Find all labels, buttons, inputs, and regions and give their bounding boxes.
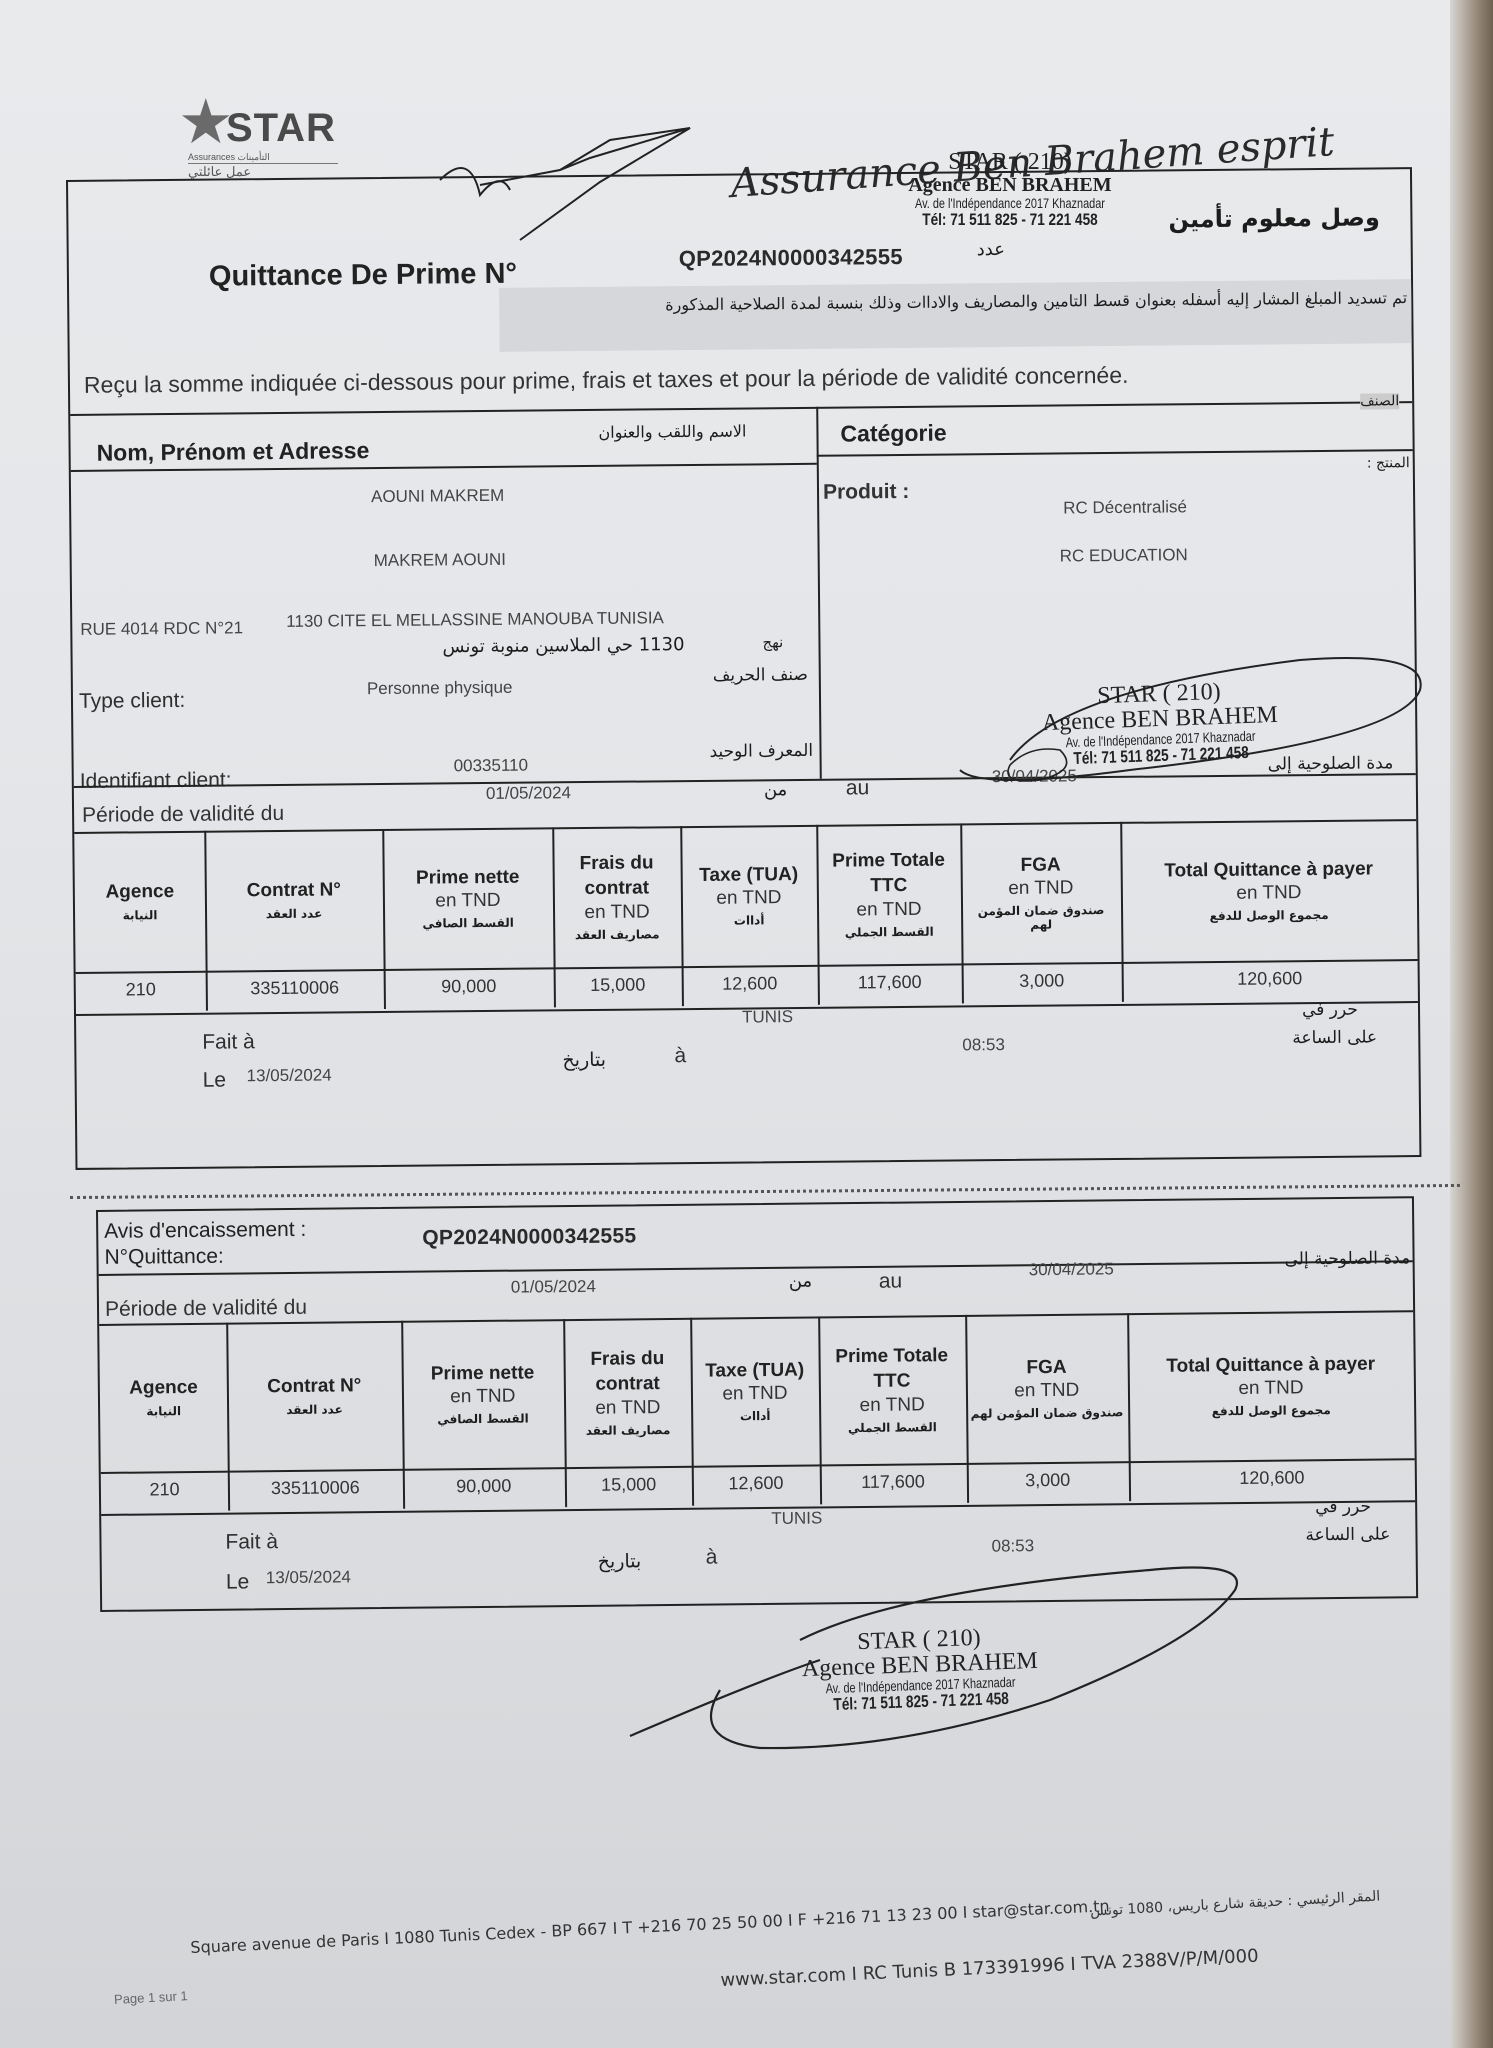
header-label: Agence [105,880,174,905]
product-type: RC Décentralisé [1063,497,1187,518]
column-header: Taxe (TUA)en TNDأداات [691,1316,820,1465]
header-unit: en TND [722,1383,787,1406]
time-value: 08:53 [962,1035,1005,1055]
avis-validity-from-label-ar: من [789,1271,813,1292]
header-label-ar: مجموع الوصل للدفع [1212,1403,1331,1418]
header-label-ar: عدد العقد [266,907,323,922]
header-label: Taxe (TUA) [705,1358,804,1384]
avis-time-value: 08:53 [991,1536,1034,1556]
header-label: Prime Totale TTC [822,1344,961,1395]
table-cell-taxe: 12,600 [692,1472,819,1494]
desk-background [1450,0,1493,2048]
avis-validity-to-date: 30/04/2025 [1029,1259,1114,1280]
agency-stamp-bottom: STAR ( 210) Agence BEN BRAHEM Av. de l'I… [759,1622,1082,1716]
table-cell-agence: 210 [101,1479,228,1501]
header-label-ar: أداات [740,1409,771,1423]
column-header: Total Quittance à payeren TNDمجموع الوصل… [1127,1310,1414,1461]
client-id-value: 00335110 [454,756,529,777]
column-header: FGAen TNDصندوق ضمان المؤمن لهم [960,822,1121,964]
header-label-ar: صندوق ضمان المؤمن لهم [971,1406,1124,1422]
avis-date-value: 13/05/2024 [266,1567,351,1588]
avis-written-label-ar: حرر في [1315,1497,1371,1518]
divider [70,401,1412,416]
table-cell-total: 120,600 [1122,967,1418,991]
time-label-ar: على الساعة [1292,1027,1377,1048]
header-unit: en TND [584,901,649,924]
avis-number-label: N°Quittance: [104,1245,224,1270]
column-header: Agenceالنيابة [99,1323,228,1472]
client-address-ar-prefix: نهج [762,633,783,651]
divider [817,449,1413,457]
client-address-ar: 1130 حي الملاسين منوبة تونس [442,634,684,657]
header-label: FGA [1020,853,1060,878]
header-unit: en TND [450,1386,515,1409]
avis-le-label: Le [226,1570,250,1594]
header-unit: en TND [1008,878,1073,901]
header-label: Contrat N° [247,878,341,904]
header-label-ar: مصاريف العقد [586,1423,671,1438]
column-header: Frais du contraten TNDمصاريف العقد [563,1318,692,1467]
client-type-label-ar: صنف الحريف [713,665,808,686]
table-cell-prime_totale: 117,600 [818,971,962,993]
category-label-ar: الصنف [1360,393,1399,409]
product-name: RC EDUCATION [1060,545,1188,566]
header-unit: en TND [1238,1378,1303,1401]
divider [816,407,822,779]
column-header: Taxe (TUA)en TNDأداات [680,825,817,966]
category-label: Catégorie [840,420,946,448]
divider [74,773,1416,788]
avis-validity-from-date: 01/05/2024 [511,1277,596,1298]
header-label-ar: القسط الصافي [437,1412,529,1427]
avis-time-label-ar: على الساعة [1305,1524,1390,1545]
statement: Reçu la somme indiquée ci-dessous pour p… [84,362,1129,399]
header-label: FGA [1026,1356,1066,1381]
client-address-street: RUE 4014 RDC N°21 [80,618,243,640]
avis-frame: Avis d'encaissement : N°Quittance: QP202… [96,1196,1418,1612]
header-label: Agence [129,1376,198,1401]
avis-date-label-ar: بتاريخ [598,1550,642,1572]
date-label-ar: بتاريخ [562,1049,606,1071]
header-label-ar: صندوق ضمان المؤمن لهم [965,903,1117,932]
column-header: Prime Totale TTCen TNDالقسط الجملي [818,1315,966,1465]
header-label: Contrat N° [267,1374,361,1400]
agency-stamp-center: STAR ( 210) Agence BEN BRAHEM Av. de l'I… [999,676,1322,770]
header-unit: en TND [595,1397,660,1420]
header-label: Frais du contrat [568,1347,688,1398]
table-cell-contrat: 335110006 [228,1477,402,1500]
page-title: Quittance De Prime N° [209,258,517,294]
validity-from-label: Période de validité du [82,802,284,828]
header-unit: en TND [435,890,500,913]
client-id-label: Identifiant client: [80,768,232,793]
header-label: Total Quittance à payer [1166,1352,1375,1379]
avis-validity-to-label-ar: مدة الصلوحية إلى [1284,1248,1410,1269]
divider [99,1260,1413,1276]
table-cell-prime_nette: 90,000 [402,1475,565,1498]
table-cell-total: 120,600 [1129,1466,1415,1490]
avis-place-value: TUNIS [771,1508,822,1529]
client-id-label-ar: المعرف الوحيد [709,741,813,762]
header-label-ar: مصاريف العقد [575,927,660,942]
header-label-ar: القسط الصافي [422,916,514,931]
column-header: Agenceالنيابة [74,831,205,972]
header-label-ar: النيابة [123,909,158,923]
validity-from-label-ar: من [764,779,788,800]
column-header: Prime netteen TNDالقسط الصافي [382,827,553,969]
header-label: Frais du contrat [556,851,676,902]
table-cell-prime_nette: 90,000 [384,975,554,998]
header-label-ar: النيابة [146,1404,181,1418]
header-label-ar: القسط الجملي [848,1420,937,1435]
client-name: AOUNI MAKREM [371,486,504,507]
header-label-ar: مجموع الوصل للدفع [1210,908,1329,923]
logo-brand: STAR [226,106,336,151]
place-value: TUNIS [742,1007,793,1027]
fait-label: Fait à [202,1030,255,1055]
client-section-label: Nom, Prénom et Adresse [96,437,369,467]
client-address-city: 1130 CITE EL MELLASSINE MANOUBA TUNISIA [286,608,664,632]
avis-number: QP2024N0000342555 [422,1224,636,1250]
header-label: Total Quittance à payer [1164,857,1373,884]
quittance-frame: Quittance De Prime N° QP2024N0000342555 … [66,167,1421,1170]
column-header: Prime Totale TTCen TNDالقسط الجملي [816,823,961,964]
product-label: Produit : [823,480,910,505]
quittance-number: QP2024N0000342555 [679,244,903,272]
table-cell-frais: 15,000 [565,1474,692,1496]
validity-from-date: 01/05/2024 [486,783,571,804]
client-section-label-ar: الاسم واللقب والعنوان [598,421,746,441]
header-label: Prime nette [431,1361,535,1387]
premium-table: Agenceالنيابة210Contrat N°عدد العقد33511… [74,819,1418,1012]
header-label-ar: عدد العقد [286,1403,343,1418]
client-type-label: Type client: [79,689,185,714]
product-label-ar: المنتج : [1367,455,1410,471]
arabic-number-label: عدد [977,239,1005,260]
date-value: 13/05/2024 [247,1065,332,1086]
written-label-ar: حرر في [1302,1000,1358,1021]
header-unit: en TND [860,1394,925,1417]
column-header: Frais du contraten TNDمصاريف العقد [552,826,681,967]
column-header: Contrat N°عدد العقد [226,1321,402,1471]
avis-validity-from-label: Période de validité du [105,1296,307,1322]
table-cell-agence: 210 [76,979,206,1001]
header-unit: en TND [716,888,781,911]
header-label-ar: أداات [734,914,765,928]
header-label: Taxe (TUA) [699,863,798,889]
table-cell-contrat: 335110006 [206,977,384,1000]
avis-fait-label: Fait à [225,1530,278,1555]
header-label: Prime Totale TTC [820,849,956,900]
header-unit: en TND [1236,883,1301,906]
header-unit: en TND [1014,1380,1079,1403]
table-cell-fga: 3,000 [966,1469,1129,1492]
header-label: Prime nette [416,865,520,891]
avis-a-label: à [706,1546,718,1570]
a-label: à [674,1044,686,1068]
header-unit: en TND [856,899,921,922]
column-header: Prime netteen TNDالقسط الصافي [401,1319,565,1469]
table-cell-frais: 15,000 [554,974,682,996]
star-logo: ★ STAR Assurances التأمينات عمل عائلتي [178,92,348,182]
arabic-title: وصل معلوم تأمين [1168,203,1380,233]
header-label-ar: القسط الجملي [845,924,934,939]
avis-validity-to-label: au [879,1270,903,1294]
table-cell-fga: 3,000 [962,970,1122,993]
column-header: Contrat N°عدد العقد [204,829,383,971]
validity-to-label: au [846,776,870,800]
avis-premium-table: Agenceالنيابة210Contrat N°عدد العقد33511… [99,1310,1415,1514]
le-label: Le [203,1069,227,1093]
client-name-alt: MAKREM AOUNI [374,550,506,571]
client-type-value: Personne physique [367,678,513,699]
logo-subtitle: Assurances التأمينات [188,152,338,164]
table-cell-prime_totale: 117,600 [819,1471,966,1494]
column-header: FGAen TNDصندوق ضمان المؤمن لهم [965,1313,1129,1463]
table-cell-taxe: 12,600 [682,973,818,995]
column-header: Total Quittance à payeren TNDمجموع الوصل… [1120,819,1417,962]
avis-label: Avis d'encaissement : [104,1218,306,1244]
